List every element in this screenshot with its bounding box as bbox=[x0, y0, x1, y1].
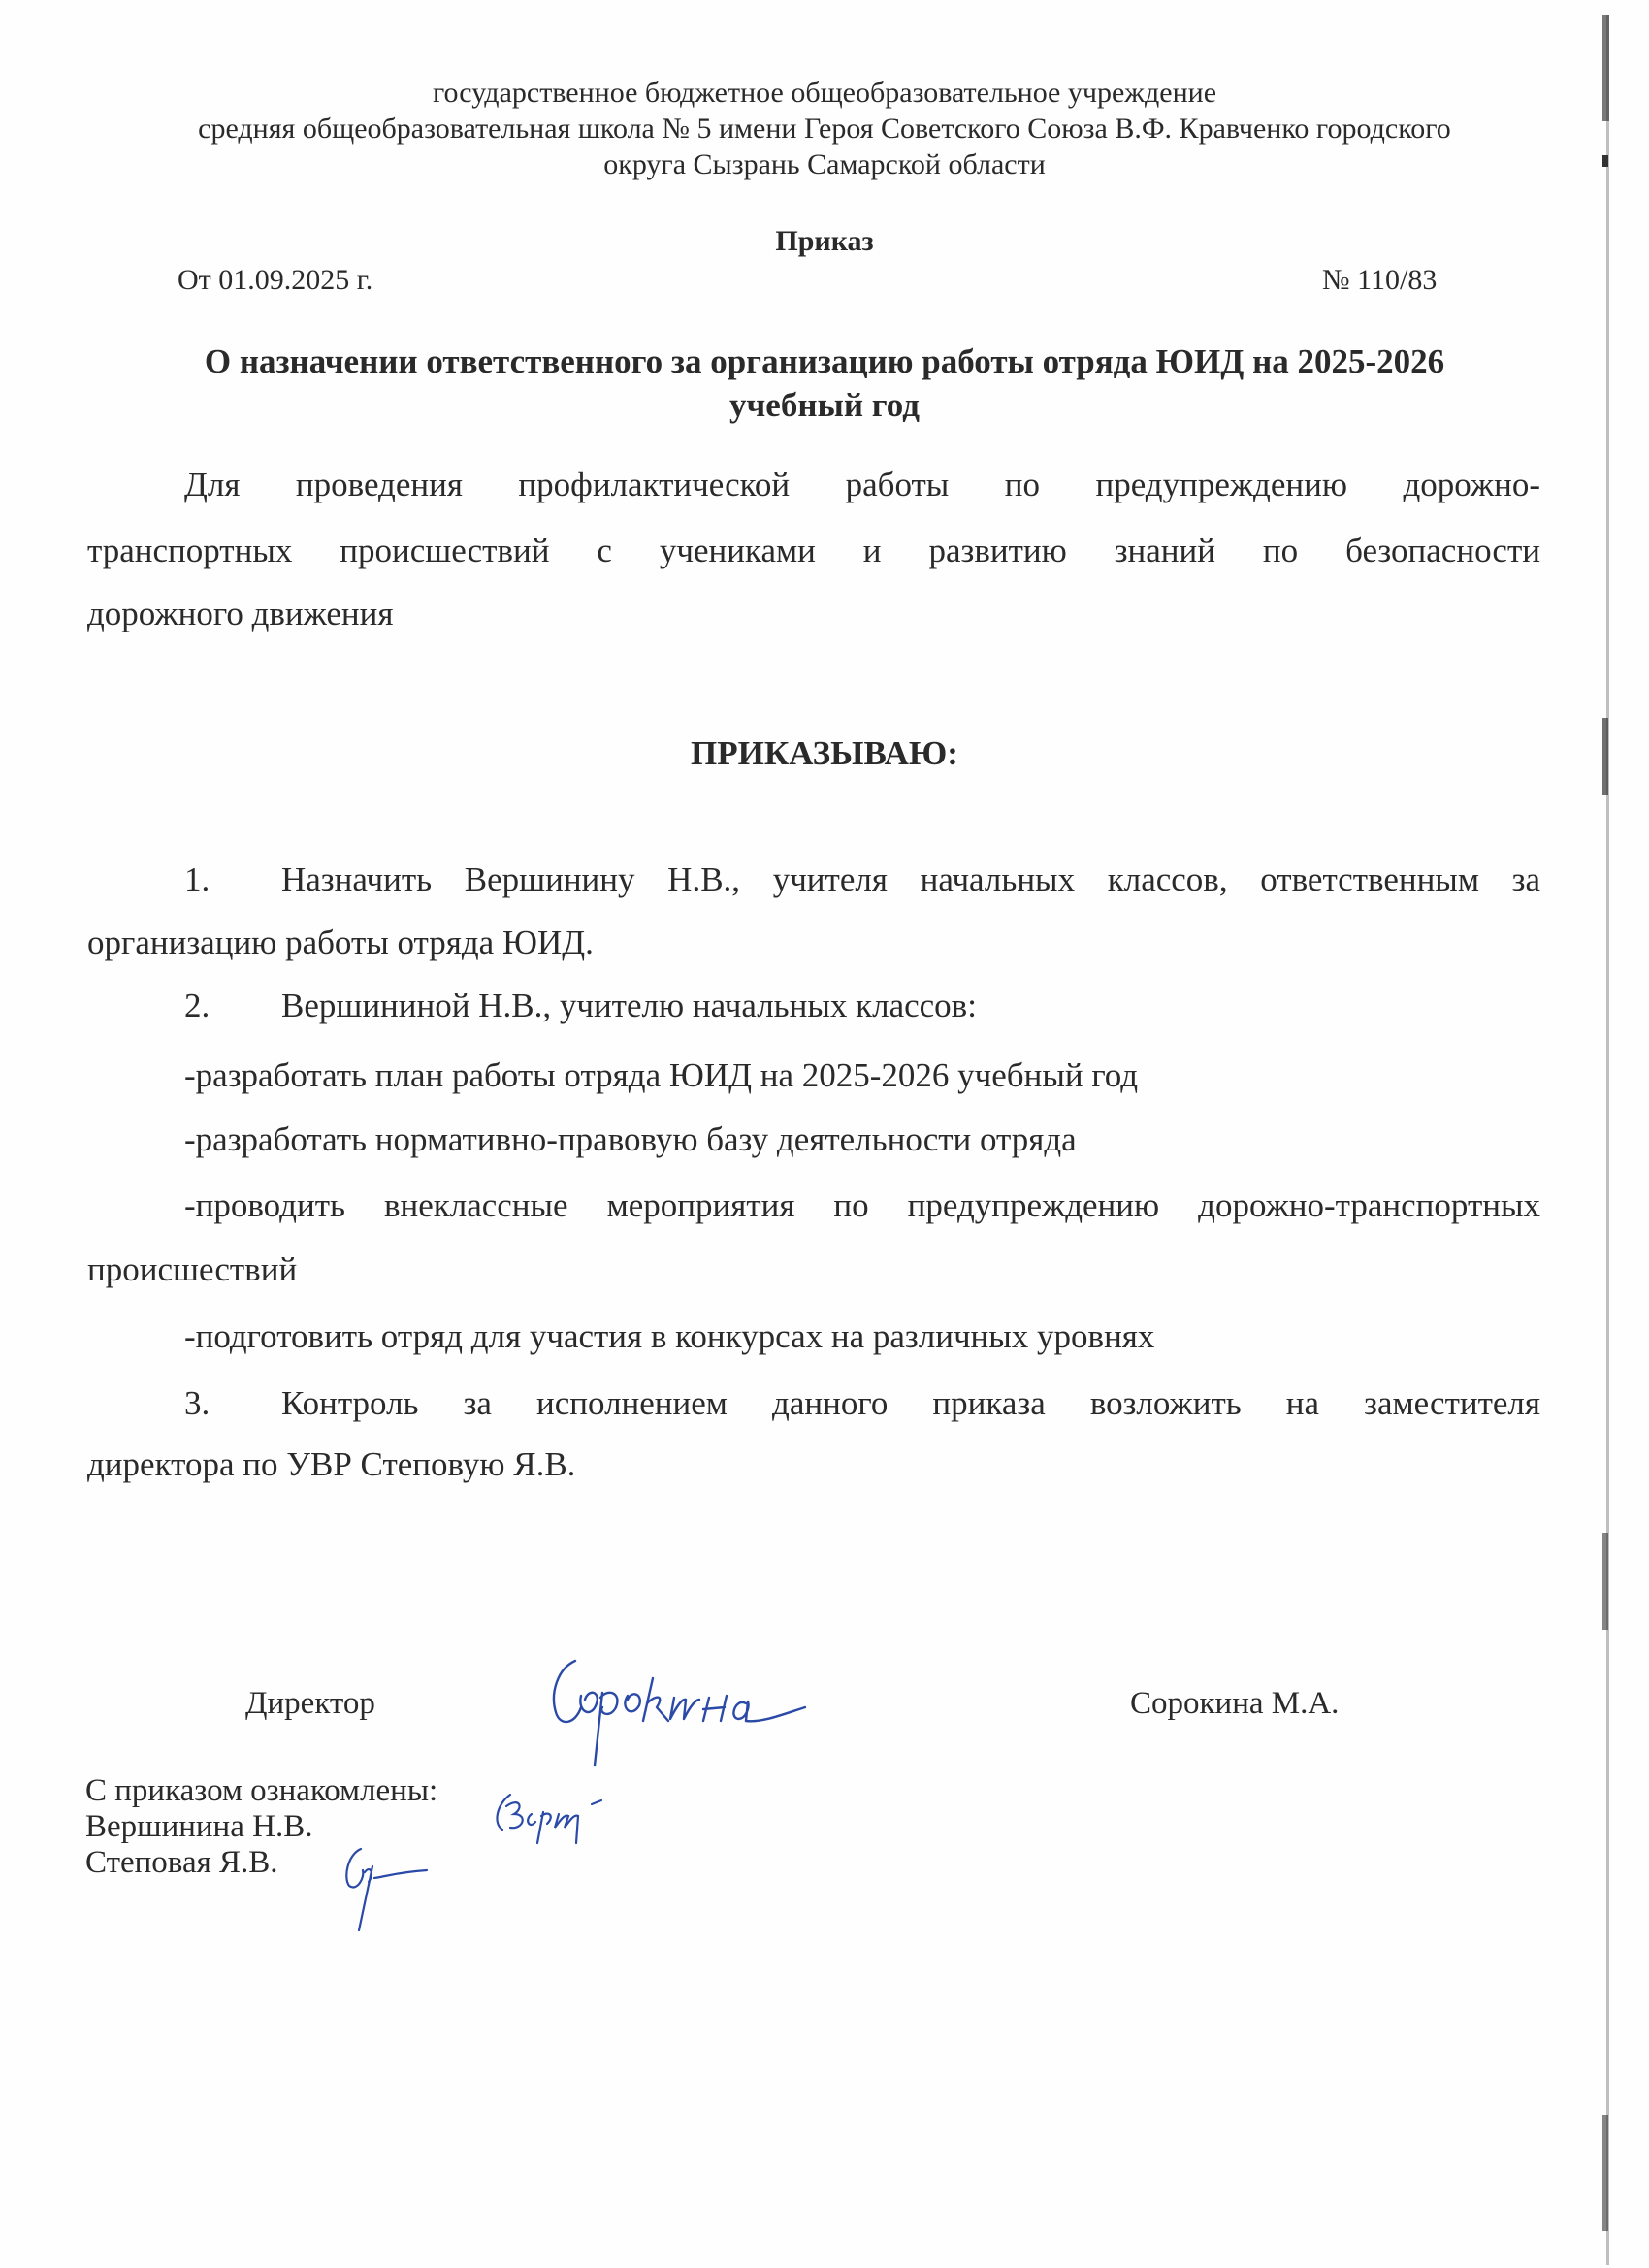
preamble-line3: дорожного движения bbox=[87, 595, 1540, 633]
subitem: -разработать план работы отряда ЮИД на 2… bbox=[87, 1056, 1540, 1095]
subitem: -подготовить отряд для участия в конкурс… bbox=[87, 1317, 1540, 1356]
item-3: 3.Контроль за исполнением данного приказ… bbox=[87, 1384, 1540, 1423]
acknowledged-person: Вершинина Н.В. bbox=[85, 1809, 312, 1845]
order-date: От 01.09.2025 г. bbox=[178, 264, 372, 297]
item-text: Назначить Вершинину Н.В., учителя началь… bbox=[281, 860, 1540, 898]
item-2: 2.Вершининой Н.В., учителю начальных кла… bbox=[87, 987, 1540, 1025]
preamble-line2: транспортных происшествий с учениками и … bbox=[87, 532, 1540, 570]
item-number: 1. bbox=[184, 860, 281, 899]
order-title-line2: учебный год bbox=[0, 383, 1649, 427]
order-title-line1: О назначении ответственного за организац… bbox=[0, 340, 1649, 383]
order-number: № 110/83 bbox=[1322, 264, 1437, 297]
acknowledged-person: Степовая Я.В. bbox=[85, 1845, 278, 1881]
subitem: -разработать нормативно-правовую базу де… bbox=[87, 1120, 1540, 1159]
institution-location: округа Сызрань Самарской области bbox=[0, 147, 1649, 182]
scan-artifact bbox=[1602, 2115, 1608, 2231]
item-text: Вершининой Н.В., учителю начальных класс… bbox=[281, 987, 977, 1024]
preamble-line1: Для проведения профилактической работы п… bbox=[87, 466, 1540, 504]
item-1-continuation: организацию работы отряда ЮИД. bbox=[87, 923, 1540, 962]
item-number: 3. bbox=[184, 1384, 281, 1423]
signatory-name: Сорокина М.А. bbox=[1130, 1686, 1339, 1722]
directive-heading: ПРИКАЗЫВАЮ: bbox=[0, 734, 1649, 773]
item-number: 2. bbox=[184, 987, 281, 1025]
item-1: 1.Назначить Вершинину Н.В., учителя нача… bbox=[87, 860, 1540, 899]
subitem: -проводить внеклассные мероприятия по пр… bbox=[87, 1186, 1540, 1225]
scan-artifact bbox=[1602, 155, 1608, 167]
item-text: Контроль за исполнением данного приказа … bbox=[281, 1384, 1540, 1422]
scan-artifact bbox=[1602, 718, 1608, 795]
institution-name: средняя общеобразовательная школа № 5 им… bbox=[0, 112, 1649, 146]
scan-artifact bbox=[1602, 1533, 1608, 1630]
item-3-continuation: директора по УВР Степовую Я.В. bbox=[87, 1445, 1540, 1484]
acknowledgement-signatures bbox=[330, 1785, 669, 1940]
subitem-continuation: происшествий bbox=[87, 1250, 1540, 1289]
signatory-position: Директор bbox=[245, 1686, 375, 1722]
institution-type: государственное бюджетное общеобразовате… bbox=[0, 76, 1649, 111]
scan-artifact bbox=[1602, 15, 1609, 121]
director-signature bbox=[538, 1639, 858, 1770]
scan-edge-line bbox=[1606, 15, 1609, 2265]
document-page: государственное бюджетное общеобразовате… bbox=[0, 0, 1649, 2268]
order-label: Приказ bbox=[0, 225, 1649, 258]
